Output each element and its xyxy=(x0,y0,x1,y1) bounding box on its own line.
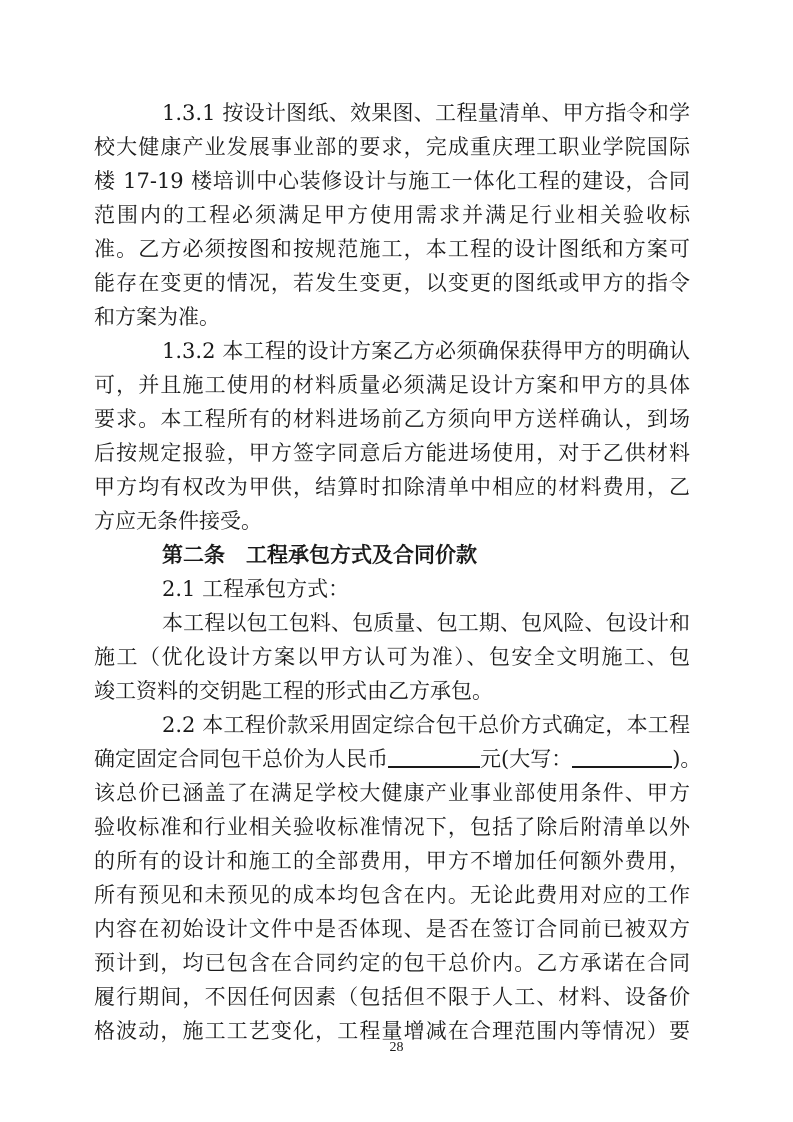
clause-1-3-1-line: 范围内的工程必须满足甲方使用需求并满足行业相关验收标 xyxy=(94,198,690,232)
clause-2-2-line: 履行期间，不因任何因素（包括但不限于人工、材料、设备价 xyxy=(94,980,690,1014)
clause-2-1-line: 施工（优化设计方案以甲方认可为准）、包安全文明施工、包 xyxy=(94,640,690,674)
amount-in-words-label: 元(大写： xyxy=(480,747,572,771)
amount-in-words-blank[interactable] xyxy=(572,744,672,768)
clause-1-3-1-line: 准。乙方必须按图和按规范施工，本工程的设计图纸和方案可 xyxy=(94,232,690,266)
clause-2-2-line: 该总价已涵盖了在满足学校大健康产业事业部使用条件、甲方 xyxy=(94,776,690,810)
clause-2-1-line: 本工程以包工包料、包质量、包工期、包风险、包设计和 xyxy=(162,606,690,640)
price-label: 确定固定合同包干总价为人民币 xyxy=(94,747,388,771)
clause-1-3-1-line: 能存在变更的情况，若发生变更，以变更的图纸或甲方的指令 xyxy=(94,266,690,300)
price-line-end: )。 xyxy=(672,747,701,771)
clause-1-3-1-line: 1.3.1 按设计图纸、效果图、工程量清单、甲方指令和学 xyxy=(162,96,690,130)
contract-amount-blank[interactable] xyxy=(388,744,480,768)
clause-2-2-line: 验收标准和行业相关验收标准情况下，包括了除后附清单以外 xyxy=(94,810,690,844)
clause-2-2-line: 的所有的设计和施工的全部费用，甲方不增加任何额外费用， xyxy=(94,844,690,878)
clause-1-3-2-line: 甲方均有权改为甲供，结算时扣除清单中相应的材料费用，乙 xyxy=(94,470,690,504)
clause-2-1-line: 竣工资料的交钥匙工程的形式由乙方承包。 xyxy=(94,674,690,708)
document-page: 1.3.1 按设计图纸、效果图、工程量清单、甲方指令和学 校大健康产业发展事业部… xyxy=(0,0,793,1122)
clause-1-3-2-line: 可，并且施工使用的材料质量必须满足设计方案和甲方的具体 xyxy=(94,368,690,402)
clause-1-3-1-line: 和方案为准。 xyxy=(94,300,690,334)
clause-1-3-1-line: 校大健康产业发展事业部的要求，完成重庆理工职业学院国际 xyxy=(94,130,690,164)
clause-2-2-line: 所有预见和未预见的成本均包含在内。无论此费用对应的工作 xyxy=(94,878,690,912)
clause-2-2-price-line: 确定固定合同包干总价为人民币元(大写：)。 xyxy=(94,742,690,776)
clause-2-2-line: 内容在初始设计文件中是否体现、是否在签订合同前已被双方 xyxy=(94,912,690,946)
clause-1-3-2-line: 1.3.2 本工程的设计方案乙方必须确保获得甲方的明确认 xyxy=(162,334,690,368)
clause-1-3-2-line: 方应无条件接受。 xyxy=(94,504,690,538)
page-number: 28 xyxy=(0,1040,793,1056)
clause-2-2-line: 预计到，均已包含在合同约定的包干总价内。乙方承诺在合同 xyxy=(94,946,690,980)
clause-2-2-line: 2.2 本工程价款采用固定综合包干总价方式确定，本工程 xyxy=(162,708,690,742)
clause-1-3-2-line: 要求。本工程所有的材料进场前乙方须向甲方送样确认，到场 xyxy=(94,402,690,436)
article-2-heading: 第二条 工程承包方式及合同价款 xyxy=(162,538,690,572)
clause-1-3-1-line: 楼 17-19 楼培训中心装修设计与施工一体化工程的建设，合同 xyxy=(94,164,690,198)
clause-2-1-title: 2.1 工程承包方式： xyxy=(162,572,690,606)
clause-1-3-2-line: 后按规定报验，甲方签字同意后方能进场使用，对于乙供材料 xyxy=(94,436,690,470)
